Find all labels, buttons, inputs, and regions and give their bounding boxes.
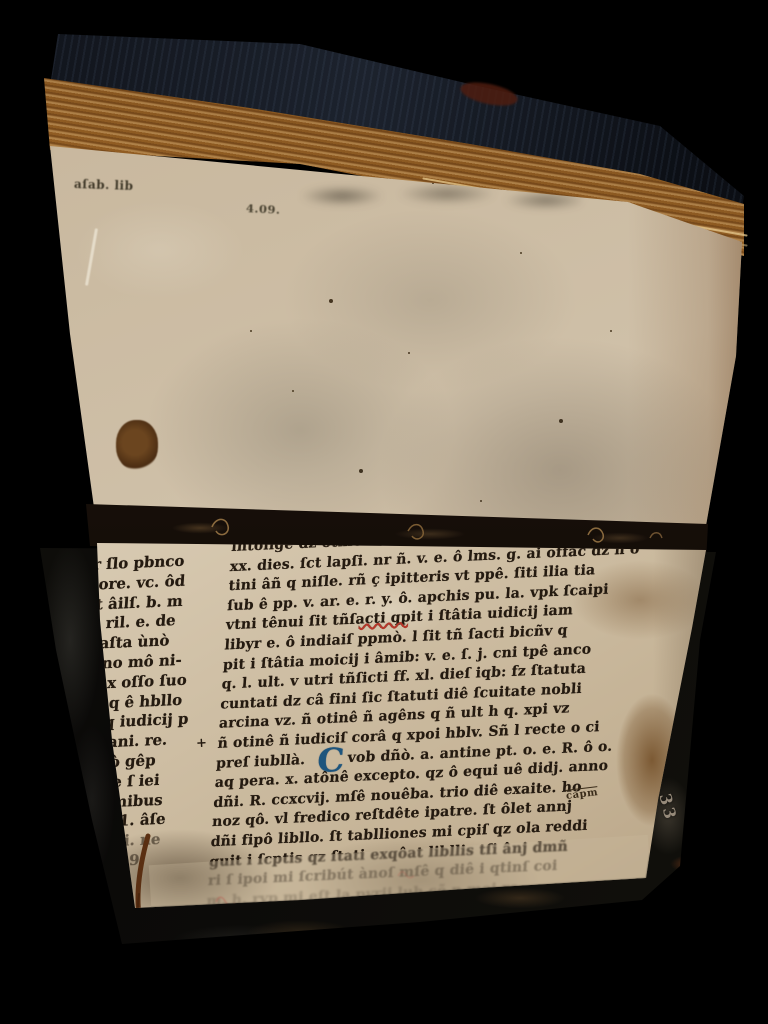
foxing-specks — [0, 0, 2, 2]
photo-open-medieval-book: aſab. lib 4.09. ar ſlo pbnco âtore. vc. … — [0, 0, 768, 1024]
rubricated-word: ppmò. — [357, 629, 407, 647]
text-segment: preſ iubllà. — [216, 751, 311, 771]
margin-cross-mark: + — [196, 736, 208, 752]
blue-illuminated-initial: C — [317, 760, 344, 761]
flyleaf-inscription-center: 4.09. — [246, 201, 281, 217]
flyleaf-inscription-left: aſab. lib — [74, 177, 134, 193]
brown-stain-spot — [116, 420, 158, 470]
text-segment: libyr e. ô indiaiſ — [224, 632, 358, 654]
surface-scratch — [85, 228, 98, 286]
